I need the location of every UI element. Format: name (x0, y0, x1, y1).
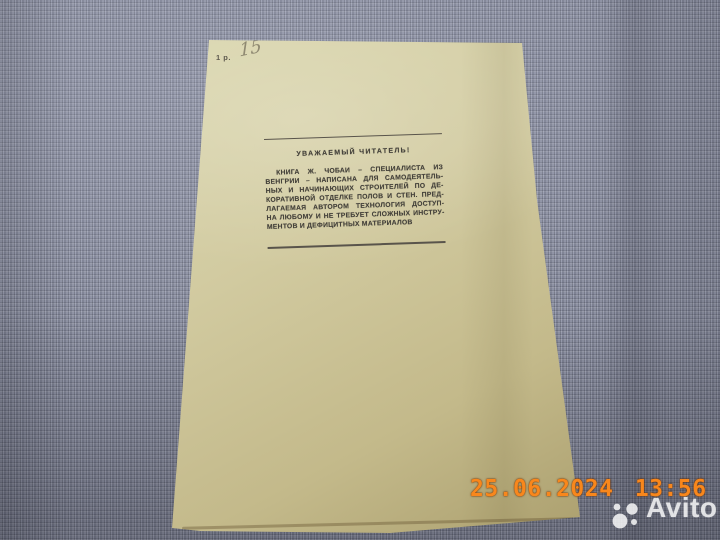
avito-logo-icon (606, 498, 644, 532)
book-back-cover: 1 р. 15 УВАЖАЕМЫЙ ЧИТАТЕЛЬ! КНИГА Ж. ЧОБ… (0, 0, 720, 540)
avito-wordmark: Avito (646, 492, 717, 524)
handwritten-number: 15 (239, 35, 262, 61)
fabric-background: 1 р. 15 УВАЖАЕМЫЙ ЧИТАТЕЛЬ! КНИГА Ж. ЧОБ… (0, 0, 720, 540)
avito-watermark: Avito (606, 492, 717, 532)
top-divider (264, 133, 442, 140)
page-block-edge (182, 517, 574, 529)
cover-paragraph: КНИГА Ж. ЧОБАИ – СПЕЦИАЛИСТА ИЗ ВЕНГРИИ … (265, 163, 445, 232)
bottom-divider (268, 241, 446, 248)
price-label: 1 р. (216, 53, 231, 62)
cover-text-block: УВАЖАЕМЫЙ ЧИТАТЕЛЬ! КНИГА Ж. ЧОБАИ – СПЕ… (264, 133, 446, 249)
reader-heading: УВАЖАЕМЫЙ ЧИТАТЕЛЬ! (264, 146, 442, 159)
